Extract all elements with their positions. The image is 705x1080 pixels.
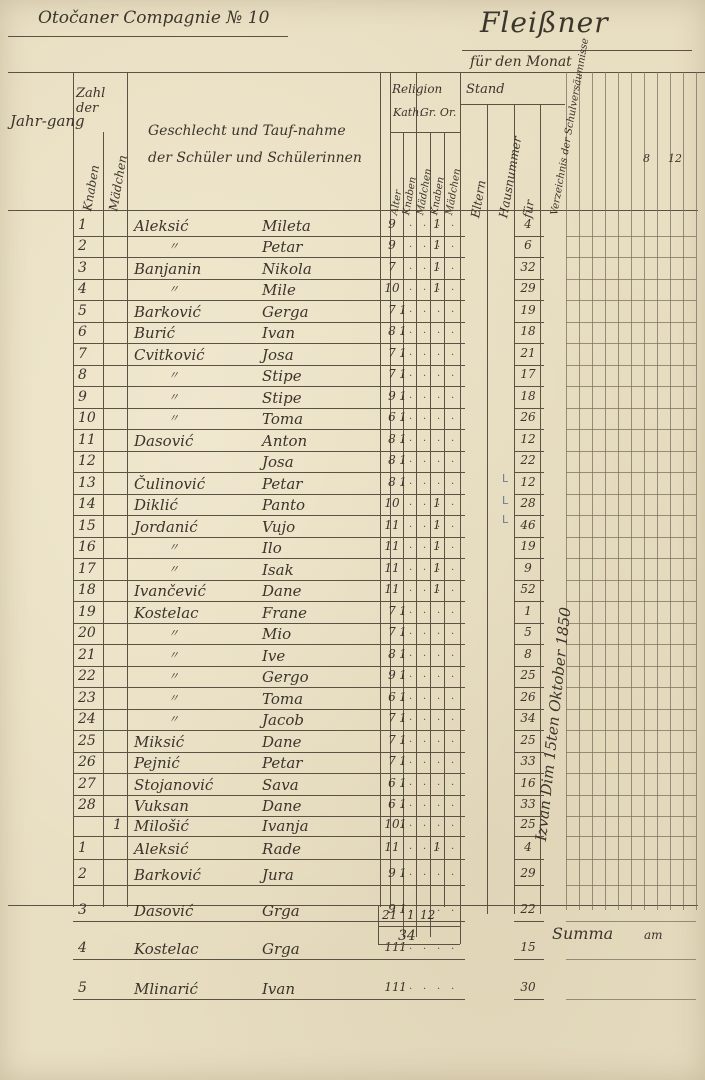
grid-column-line [592,72,593,910]
religion-kath-mark: 1 [396,711,410,725]
empty-mark: · [451,844,454,855]
grid-row-rule [566,687,696,688]
religion-kath-mark: 1 [396,432,410,446]
row-rule [73,451,465,452]
row-number: 23 [78,690,106,706]
empty-mark: · [437,780,440,791]
student-surname: 〃 [168,625,179,641]
stand-rule [460,104,565,105]
row-number: 12 [78,453,106,469]
grid-row-rule [566,795,696,796]
student-age: 9 [383,238,401,252]
empty-mark: · [437,565,440,576]
student-age: 11 [383,518,401,532]
student-surname: 〃 [168,367,179,383]
row-number: 28 [78,797,106,813]
empty-mark: · [409,870,412,881]
empty-mark: · [437,221,440,232]
student-surname: Čulinović [134,475,205,493]
grid-row-rule [566,921,696,922]
empty-mark: · [409,264,412,275]
grid-row-rule [566,472,696,473]
student-given-name: Josa [262,346,294,364]
empty-mark: · [409,801,412,812]
col-divider [127,72,128,907]
student-surname: Barković [134,303,201,321]
student-age: 11 [383,539,401,553]
row-number: 4 [78,940,106,956]
empty-mark: · [423,629,426,640]
empty-mark: · [437,870,440,881]
empty-mark: · [451,651,454,662]
row-number: 1 [78,840,106,856]
student-given-name: Ivanja [262,817,309,835]
empty-mark: · [423,844,426,855]
religion-kath-mark: 1 [396,625,410,639]
row-rule [73,795,465,796]
house-number: 12 [515,475,541,489]
row-number: 2 [78,238,106,254]
religion-kath-mark: 1 [396,733,410,747]
empty-mark: · [423,801,426,812]
student-surname: Dasović [134,902,193,920]
empty-mark: · [409,350,412,361]
empty-mark: · [451,608,454,619]
empty-mark: · [409,672,412,683]
register-page: Otočaner Compagnie № 10 Fleißner für den… [0,0,705,1080]
empty-mark: · [437,436,440,447]
house-number: 26 [515,690,541,704]
student-given-name: Frane [262,604,307,622]
empty-mark: · [451,780,454,791]
subject-title: Fleißner [480,6,609,39]
row-rule [73,885,465,886]
religion-rule [390,132,460,133]
student-age: 11 [383,561,401,575]
house-number: 12 [515,432,541,446]
empty-mark: · [409,586,412,597]
empty-mark: · [423,543,426,554]
empty-mark: · [409,844,412,855]
empty-mark: · [423,307,426,318]
student-given-name: Ilo [262,539,282,557]
summa-label: Summa [552,924,613,943]
empty-mark: · [409,780,412,791]
student-given-name: Dane [262,582,302,600]
empty-mark: · [451,457,454,468]
empty-mark: · [437,264,440,275]
row-rule [73,558,465,559]
row-rule [73,365,465,366]
empty-mark: · [409,694,412,705]
empty-mark: · [423,944,426,955]
grid-row-rule [566,644,696,645]
empty-mark: · [437,944,440,955]
row-number: 2 [78,866,106,882]
empty-mark: · [409,651,412,662]
table-bottom-rule [8,905,698,906]
margin-mark: L [502,513,508,526]
student-surname: Burić [134,324,175,342]
student-surname: Banjanin [134,260,201,278]
house-number: 6 [515,238,541,252]
empty-mark: · [451,264,454,275]
religion-kath-mark: 1 [396,690,410,704]
company-rule [8,36,288,37]
margin-mark: L [502,472,508,485]
empty-mark: · [437,393,440,404]
col-divider [444,132,445,907]
row-rule [73,601,465,602]
student-surname: 〃 [168,410,179,426]
table-top-rule [8,72,463,73]
grid-row-rule [566,580,696,581]
summa-am-label: am [644,928,663,942]
religion-kath-mark: 1 [396,475,410,489]
row-number: 27 [78,776,106,792]
student-surname: 〃 [168,690,179,706]
house-row-rule [514,687,544,688]
house-number: 18 [515,324,541,338]
empty-mark: · [409,821,412,832]
grid-row-rule [566,816,696,817]
house-number: 17 [515,367,541,381]
empty-mark: · [423,242,426,253]
student-surname: Vuksan [134,797,189,815]
grid-row-rule [566,558,696,559]
student-given-name: Mile [262,281,296,299]
house-number: 18 [515,389,541,403]
empty-mark: · [451,801,454,812]
month-label: für den Monat [470,54,572,70]
house-row-rule [514,644,544,645]
student-surname: Barković [134,866,201,884]
student-surname: Jordanić [134,518,198,536]
empty-mark: · [437,414,440,425]
empty-mark: · [437,844,440,855]
names-label: Geschlecht und Tauf-nahme der Schüler un… [148,118,363,172]
empty-mark: · [451,436,454,447]
empty-mark: · [451,870,454,881]
grid-row-rule [566,257,696,258]
grid-row-rule [566,537,696,538]
empty-mark: · [423,500,426,511]
col-divider [460,72,461,907]
total-sum: 34 [398,928,416,944]
grid-row-rule [566,365,696,366]
house-row-rule [514,322,544,323]
grid-row-rule [566,601,696,602]
religion-kath-mark: 1 [396,389,410,403]
empty-mark: · [409,500,412,511]
company-title: Otočaner Compagnie № 10 [38,8,269,28]
house-number: 34 [515,711,541,725]
house-row-rule [514,623,544,624]
boys-label: Knaben [80,164,102,212]
col-divider [380,72,381,907]
row-number: 5 [78,303,106,319]
religion-cath-label: Kath. [393,106,423,119]
totals-border [460,905,461,944]
empty-mark: · [437,307,440,318]
empty-mark: · [409,565,412,576]
student-given-name: Jacob [262,711,304,729]
row-rule [73,236,465,237]
house-number: 9 [515,561,541,575]
empty-mark: · [423,984,426,995]
empty-mark: · [437,984,440,995]
empty-mark: · [409,608,412,619]
row-rule [73,408,465,409]
house-number: 4 [515,217,541,231]
row-rule [73,257,465,258]
house-row-rule [514,279,544,280]
row-number: 5 [78,980,106,996]
house-row-rule [514,300,544,301]
grid-row-rule [566,730,696,731]
house-row-rule [514,257,544,258]
house-number: 22 [515,453,541,467]
student-given-name: Nikola [262,260,312,278]
house-row-rule [514,666,544,667]
student-given-name: Toma [262,410,303,428]
row-number: 19 [78,604,106,620]
house-row-rule [514,429,544,430]
row-rule [73,279,465,280]
house-row-rule [514,999,544,1000]
religion-kath-mark: 1 [396,367,410,381]
parents-label: Eltern [468,179,488,219]
row-number: 17 [78,561,106,577]
totals-rule [378,944,460,945]
empty-mark: · [423,694,426,705]
empty-mark: · [409,393,412,404]
empty-mark: · [423,436,426,447]
row-rule [73,999,465,1000]
student-given-name: Petar [262,475,302,493]
row-rule [73,515,465,516]
row-number: 21 [78,647,106,663]
stand-label: Stand [466,82,505,97]
row-number: 13 [78,475,106,491]
student-surname: Kostelac [134,604,199,622]
student-surname: 〃 [168,238,179,254]
day-mark: 8 [643,152,650,165]
empty-mark: · [437,608,440,619]
student-given-name: Grga [262,940,300,958]
row-rule [73,644,465,645]
house-row-rule [514,386,544,387]
grid-column-line [644,72,645,910]
row-rule [73,730,465,731]
total-kath: 21 [382,908,397,922]
empty-mark: · [437,543,440,554]
empty-mark: · [451,371,454,382]
student-given-name: Petar [262,238,302,256]
student-surname: Aleksić [134,217,189,235]
house-number: 19 [515,539,541,553]
house-number: 33 [515,754,541,768]
col-divider [487,104,488,914]
house-row-rule [514,408,544,409]
grid-row-rule [566,515,696,516]
empty-mark: · [451,984,454,995]
religion-kath-mark: 1 [396,776,410,790]
grid-row-rule [566,494,696,495]
row-number: 8 [78,367,106,383]
row-number: 24 [78,711,106,727]
empty-mark: · [409,307,412,318]
grid-row-rule [566,836,696,837]
empty-mark: · [423,479,426,490]
house-row-rule [514,859,544,860]
religion-kath-mark: 1 [396,303,410,317]
student-age: 11 [383,840,401,854]
empty-mark: · [409,371,412,382]
empty-mark: · [423,328,426,339]
house-row-rule [514,451,544,452]
grid-row-rule [566,885,696,886]
empty-mark: · [409,221,412,232]
empty-mark: · [423,393,426,404]
empty-mark: · [437,242,440,253]
grid-row-rule [566,999,696,1000]
student-given-name: Anton [262,432,307,450]
row-rule [73,472,465,473]
grid-row-rule [566,666,696,667]
student-given-name: Gerga [262,303,309,321]
row-number: 1 [78,217,106,233]
row-rule [73,666,465,667]
grid-row-rule [566,429,696,430]
empty-mark: · [437,758,440,769]
row-rule [73,580,465,581]
empty-mark: · [437,694,440,705]
religion-kath-mark: 1 [396,604,410,618]
grid-column-line [579,72,580,910]
religion-orth-label: Gr. Or. [420,106,456,119]
house-number: 29 [515,281,541,295]
religion-kath-mark: 1 [396,324,410,338]
empty-mark: · [451,715,454,726]
student-surname: Mlinarić [134,980,198,998]
house-number: 15 [515,940,541,954]
house-number: 1 [515,604,541,618]
empty-mark: · [437,479,440,490]
student-given-name: Stipe [262,367,302,385]
grid-column-line [618,72,619,910]
row-rule [73,300,465,301]
student-age: 9 [383,217,401,231]
empty-mark: · [451,944,454,955]
totals-border [378,905,379,944]
row-number: 26 [78,754,106,770]
house-number: 8 [515,647,541,661]
empty-mark: · [437,651,440,662]
student-age: 10 [383,496,401,510]
house-row-rule [514,537,544,538]
student-given-name: Petar [262,754,302,772]
student-surname: 〃 [168,539,179,555]
row-rule [73,752,465,753]
grid-column-line [605,72,606,910]
student-given-name: Gergo [262,668,309,686]
grid-row-rule [566,386,696,387]
student-surname: 〃 [168,668,179,684]
religion-kath-mark: 1 [396,866,410,880]
house-row-rule [514,236,544,237]
house-number: 46 [515,518,541,532]
empty-mark: · [423,672,426,683]
house-number: 25 [515,668,541,682]
empty-mark: · [451,565,454,576]
row-number: 11 [78,432,106,448]
total-girls-kath: 1 [407,908,415,922]
house-row-rule [514,752,544,753]
empty-mark: · [409,984,412,995]
row-rule [73,623,465,624]
house-row-rule [514,601,544,602]
student-surname: Miksić [134,733,184,751]
empty-mark: · [423,457,426,468]
empty-mark: · [451,479,454,490]
student-age: 10 [383,281,401,295]
empty-mark: · [437,457,440,468]
house-row-rule [514,494,544,495]
religion-kath-mark: 1 [396,980,410,994]
student-surname: Ivančević [134,582,206,600]
grid-row-rule [566,709,696,710]
empty-mark: · [423,651,426,662]
row-rule [73,959,465,960]
empty-mark: · [451,758,454,769]
religion-kath-mark: 1 [396,754,410,768]
grid-row-rule [566,752,696,753]
row-number: 4 [78,281,106,297]
empty-mark: · [409,758,412,769]
house-row-rule [514,472,544,473]
empty-mark: · [423,737,426,748]
empty-mark: · [437,629,440,640]
house-row-rule [514,580,544,581]
row-rule [73,709,465,710]
grid-column-line [696,72,697,910]
empty-mark: · [409,414,412,425]
empty-mark: · [423,350,426,361]
empty-mark: · [423,264,426,275]
row-number: 15 [78,518,106,534]
house-number: 32 [515,260,541,274]
student-given-name: Ivan [262,980,295,998]
empty-mark: · [437,285,440,296]
student-age: 11 [383,582,401,596]
empty-mark: · [409,543,412,554]
house-row-rule [514,959,544,960]
empty-mark: · [451,242,454,253]
empty-mark: · [423,758,426,769]
house-number: 26 [515,410,541,424]
empty-mark: · [451,672,454,683]
row-number: 18 [78,582,106,598]
empty-mark: · [409,436,412,447]
student-surname: 〃 [168,561,179,577]
grid-row-rule [566,408,696,409]
grid-row-rule [566,300,696,301]
empty-mark: · [451,328,454,339]
empty-mark: · [451,500,454,511]
house-row-rule [514,885,544,886]
religion-kath-mark: 1 [396,453,410,467]
